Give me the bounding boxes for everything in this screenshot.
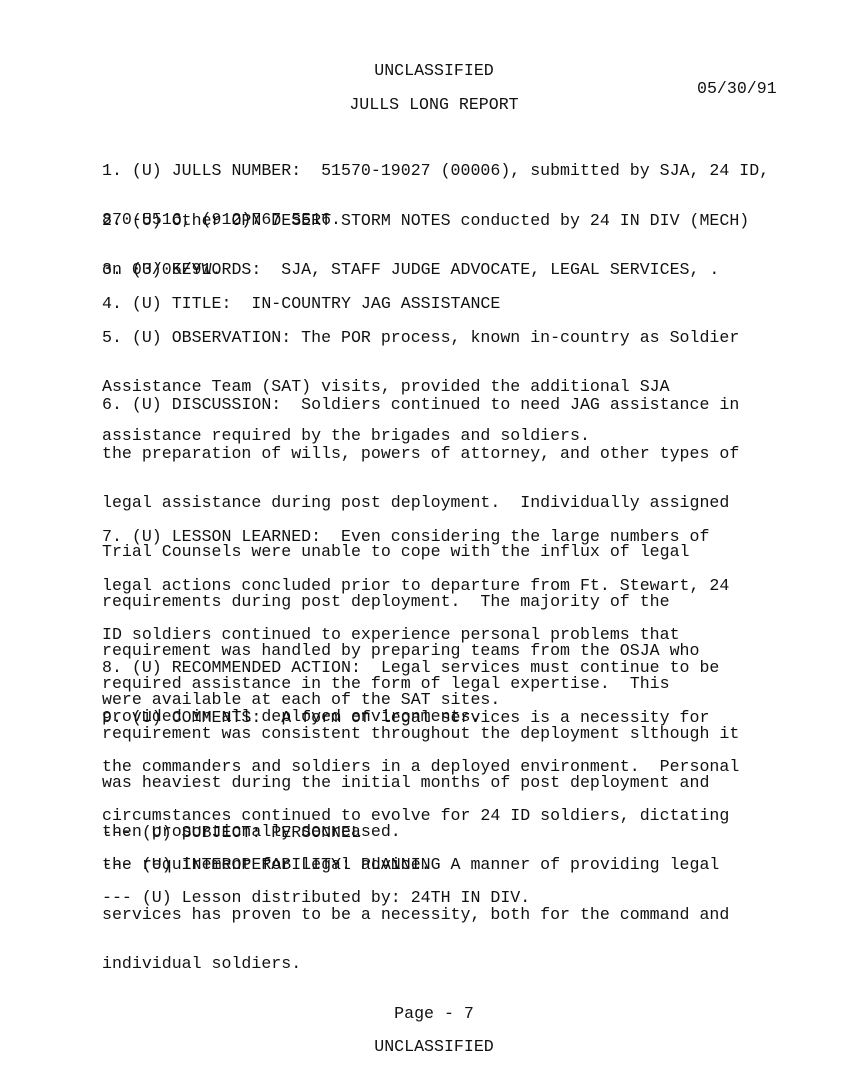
page-number: Page - 7 <box>0 1006 848 1022</box>
classification-bottom: UNCLASSIFIED <box>0 1039 848 1055</box>
document-page: UNCLASSIFIED 05/30/91 JULLS LONG REPORT … <box>0 0 848 1088</box>
line-distributed-by: --- (U) Lesson distributed by: 24TH IN D… <box>102 857 530 939</box>
report-date: 05/30/91 <box>697 81 777 97</box>
classification-top: UNCLASSIFIED <box>0 63 848 79</box>
report-title: JULLS LONG REPORT <box>0 97 848 113</box>
